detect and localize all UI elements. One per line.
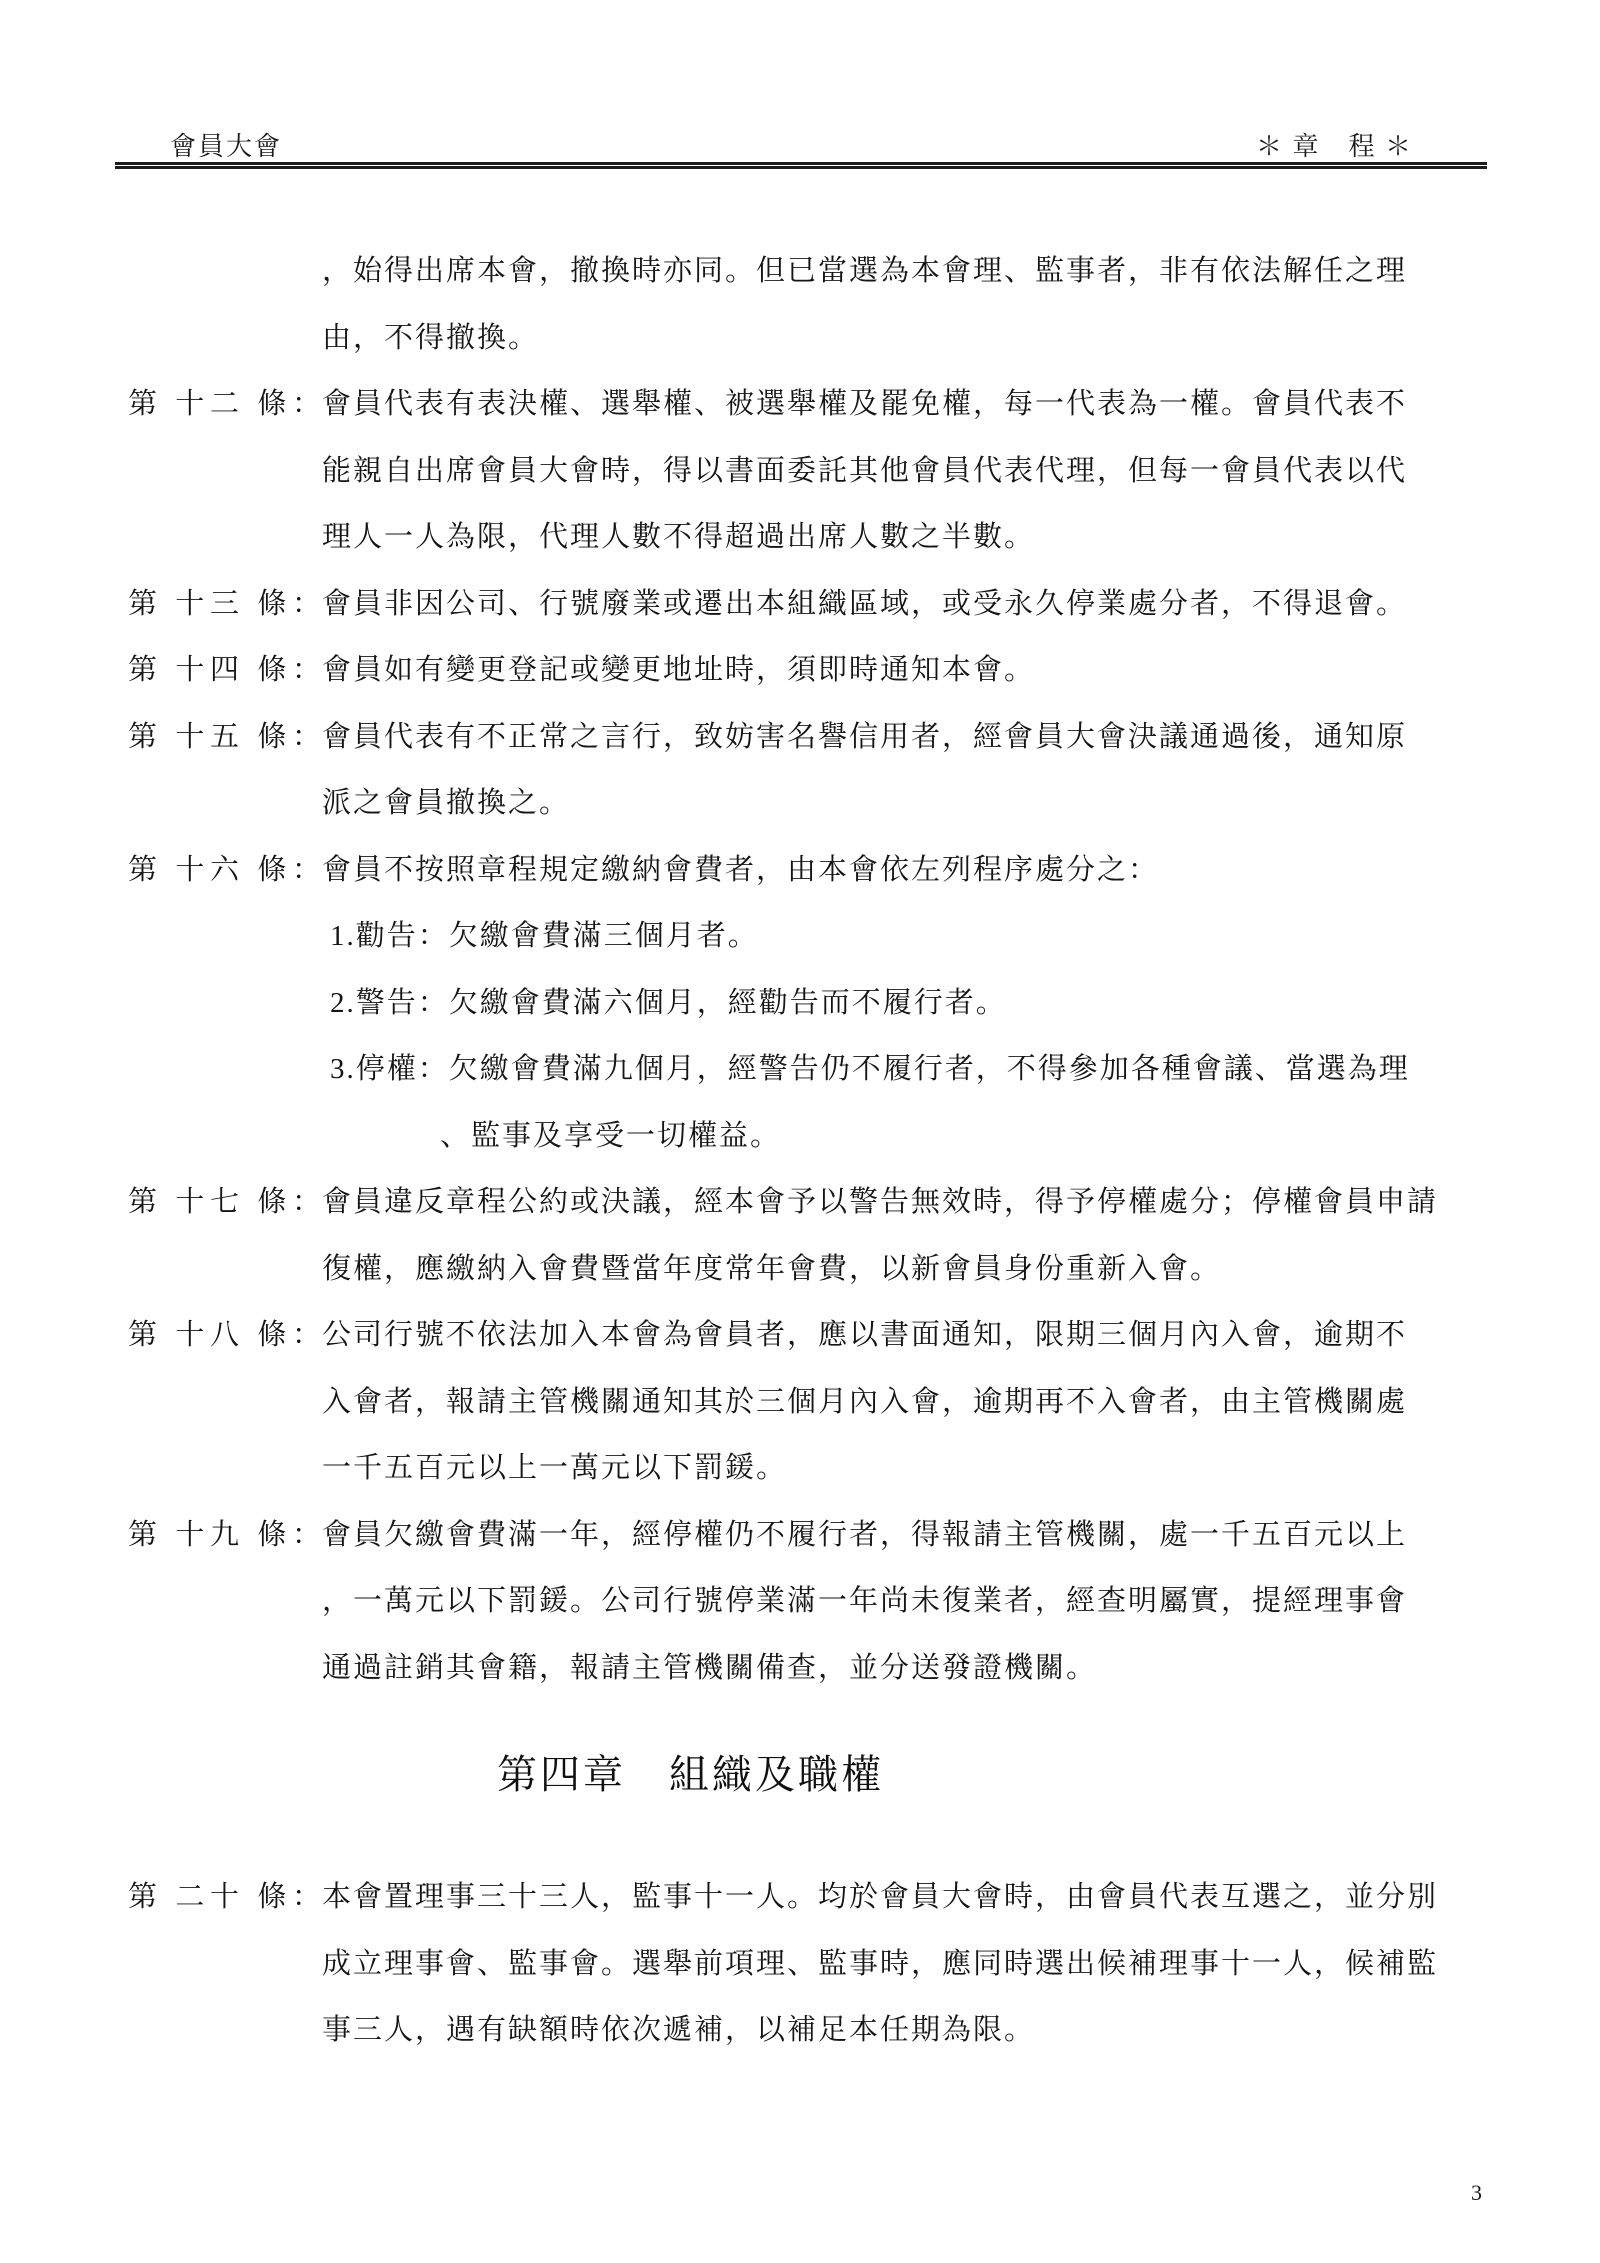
continuation-paragraph: ，始得出席本會，撤換時亦同。但已當選為本會理、監事者，非有依法解任之理由，不得撤… bbox=[0, 238, 1600, 371]
article-text: 會員代表有不正常之言行，致妨害名譽信用者，經會員大會決議通過後，通知原派之會員撤… bbox=[322, 704, 1452, 837]
text-line: 3.停權：欠繳會費滿九個月，經警告仍不履行者，不得參加各種會議、當選為理 bbox=[322, 1036, 1452, 1103]
text-line: 會員代表有不正常之言行，致妨害名譽信用者，經會員大會決議通過後，通知原 bbox=[322, 704, 1452, 771]
chapter-heading: 第四章 組織及職權 bbox=[0, 1740, 1600, 1810]
text-line: 成立理事會、監事會。選舉前項理、監事時，應同時選出候補理事十一人，候補監 bbox=[322, 1931, 1452, 1998]
text-line: 理人一人為限，代理人數不得超過出席人數之半數。 bbox=[322, 504, 1452, 571]
text-line: ，一萬元以下罰鍰。公司行號停業滿一年尚未復業者，經查明屬實，提經理事會 bbox=[322, 1568, 1452, 1635]
article-row: 第 十五 條：會員代表有不正常之言行，致妨害名譽信用者，經會員大會決議通過後，通… bbox=[0, 704, 1600, 837]
text-line: 會員違反章程公約或決議，經本會予以警告無效時，得予停權處分；停權會員申請 bbox=[322, 1169, 1452, 1236]
text-line: 事三人，遇有缺額時依次遞補，以補足本任期為限。 bbox=[322, 1997, 1452, 2064]
article-text: ，始得出席本會，撤換時亦同。但已當選為本會理、監事者，非有依法解任之理由，不得撤… bbox=[322, 238, 1452, 371]
article-text: 本會置理事三十三人，監事十一人。均於會員大會時，由會員代表互選之，並分別成立理事… bbox=[322, 1864, 1452, 2064]
text-line: 會員非因公司、行號廢業或遷出本組織區域，或受永久停業處分者，不得退會。 bbox=[322, 571, 1452, 638]
text-line: ，始得出席本會，撤換時亦同。但已當選為本會理、監事者，非有依法解任之理 bbox=[322, 238, 1452, 305]
text-line: 復權，應繳納入會費暨當年度常年會費，以新會員身份重新入會。 bbox=[322, 1236, 1452, 1303]
article-number-label: 第 十二 條： bbox=[128, 371, 322, 438]
article-number-label: 第 十四 條： bbox=[128, 637, 322, 704]
text-line: 一千五百元以上一萬元以下罰鍰。 bbox=[322, 1435, 1452, 1502]
text-line: 2.警告：欠繳會費滿六個月，經勸告而不履行者。 bbox=[322, 970, 1452, 1037]
page-number: 3 bbox=[1471, 2180, 1482, 2206]
article-row: 第 十九 條：會員欠繳會費滿一年，經停權仍不履行者，得報請主管機關，處一千五百元… bbox=[0, 1502, 1600, 1702]
article-text: 會員違反章程公約或決議，經本會予以警告無效時，得予停權處分；停權會員申請復權，應… bbox=[322, 1169, 1452, 1302]
article-row: 第 十四 條：會員如有變更登記或變更地址時，須即時通知本會。 bbox=[0, 637, 1600, 704]
text-line: 會員不按照章程規定繳納會費者，由本會依左列程序處分之： bbox=[322, 837, 1452, 904]
text-line: 能親自出席會員大會時，得以書面委託其他會員代表代理，但每一會員代表以代 bbox=[322, 438, 1452, 505]
text-line: 會員代表有表決權、選舉權、被選舉權及罷免權，每一代表為一權。會員代表不 bbox=[322, 371, 1452, 438]
text-line: 入會者，報請主管機關通知其於三個月內入會，逾期再不入會者，由主管機關處 bbox=[322, 1369, 1452, 1436]
article-row: 第 十六 條：會員不按照章程規定繳納會費者，由本會依左列程序處分之：1.勸告：欠… bbox=[0, 837, 1600, 1170]
article-row: 第 十二 條：會員代表有表決權、選舉權、被選舉權及罷免權，每一代表為一權。會員代… bbox=[0, 371, 1600, 571]
text-line: 公司行號不依法加入本會為會員者，應以書面通知，限期三個月內入會，逾期不 bbox=[322, 1302, 1452, 1369]
running-header-section: ＊ 章 程 ＊ bbox=[1256, 126, 1413, 163]
article-text: 會員非因公司、行號廢業或遷出本組織區域，或受永久停業處分者，不得退會。 bbox=[322, 571, 1452, 638]
article-number-label: 第 二十 條： bbox=[128, 1864, 322, 1931]
article-text: 會員如有變更登記或變更地址時，須即時通知本會。 bbox=[322, 637, 1452, 704]
running-header-title: 會員大會 bbox=[170, 126, 282, 163]
article-row: 第 十八 條：公司行號不依法加入本會為會員者，應以書面通知，限期三個月內入會，逾… bbox=[0, 1302, 1600, 1502]
text-line: 、監事及享受一切權益。 bbox=[322, 1103, 1452, 1170]
article-text: 會員欠繳會費滿一年，經停權仍不履行者，得報請主管機關，處一千五百元以上，一萬元以… bbox=[322, 1502, 1452, 1702]
article-number-label: 第 十六 條： bbox=[128, 837, 322, 904]
text-line: 1.勸告：欠繳會費滿三個月者。 bbox=[322, 903, 1452, 970]
header-double-rule bbox=[115, 162, 1487, 169]
text-line: 會員如有變更登記或變更地址時，須即時通知本會。 bbox=[322, 637, 1452, 704]
article-row: 第 十七 條：會員違反章程公約或決議，經本會予以警告無效時，得予停權處分；停權會… bbox=[0, 1169, 1600, 1302]
article-number-label: 第 十五 條： bbox=[128, 704, 322, 771]
article-number-label: 第 十七 條： bbox=[128, 1169, 322, 1236]
article-row: 第 二十 條：本會置理事三十三人，監事十一人。均於會員大會時，由會員代表互選之，… bbox=[0, 1864, 1600, 2064]
article-row: 第 十三 條：會員非因公司、行號廢業或遷出本組織區域，或受永久停業處分者，不得退… bbox=[0, 571, 1600, 638]
text-line: 本會置理事三十三人，監事十一人。均於會員大會時，由會員代表互選之，並分別 bbox=[322, 1864, 1452, 1931]
article-text: 會員代表有表決權、選舉權、被選舉權及罷免權，每一代表為一權。會員代表不能親自出席… bbox=[322, 371, 1452, 571]
text-line: 派之會員撤換之。 bbox=[322, 770, 1452, 837]
text-line: 通過註銷其會籍，報請主管機關備查，並分送發證機關。 bbox=[322, 1635, 1452, 1702]
article-number-label: 第 十三 條： bbox=[128, 571, 322, 638]
document-content: ，始得出席本會，撤換時亦同。但已當選為本會理、監事者，非有依法解任之理由，不得撤… bbox=[0, 238, 1600, 2064]
article-text: 公司行號不依法加入本會為會員者，應以書面通知，限期三個月內入會，逾期不入會者，報… bbox=[322, 1302, 1452, 1502]
text-line: 會員欠繳會費滿一年，經停權仍不履行者，得報請主管機關，處一千五百元以上 bbox=[322, 1502, 1452, 1569]
text-line: 由，不得撤換。 bbox=[322, 305, 1452, 372]
article-text: 會員不按照章程規定繳納會費者，由本會依左列程序處分之：1.勸告：欠繳會費滿三個月… bbox=[322, 837, 1452, 1170]
article-number-label: 第 十八 條： bbox=[128, 1302, 322, 1369]
article-number-label: 第 十九 條： bbox=[128, 1502, 322, 1569]
